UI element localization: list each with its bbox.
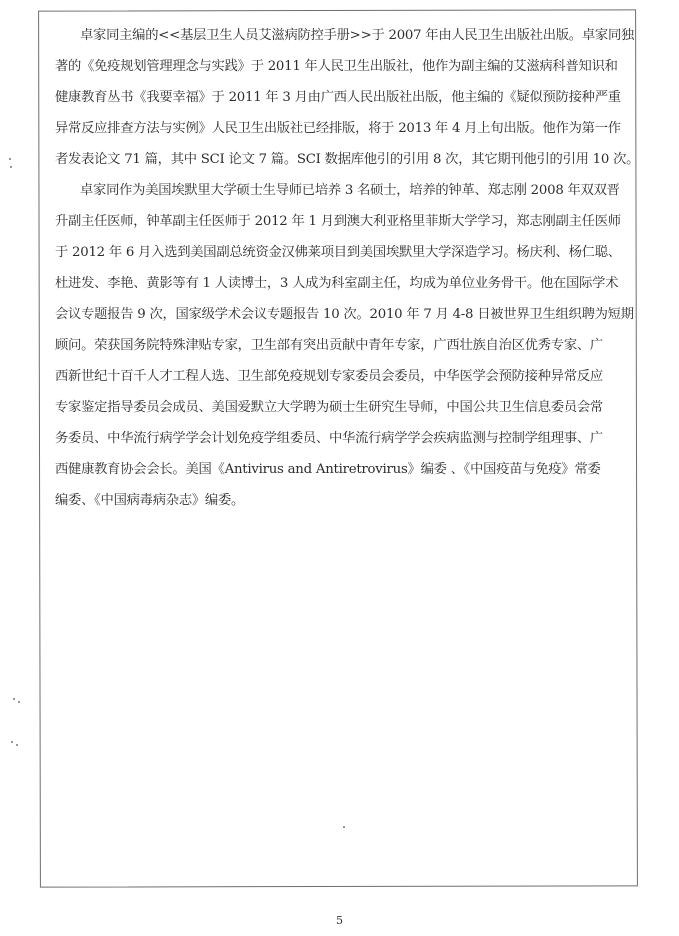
text-line: 编委、《中国病毒病杂志》编委。 <box>55 487 630 518</box>
text-line: 西新世纪十百千人才工程人选、卫生部免疫规划专家委员会委员，中华医学会预防接种异常… <box>55 363 630 394</box>
text-line: 著的《免疫规划管理理念与实践》于 2011 年人民卫生出版社，他作为副主编的艾滋… <box>55 53 630 84</box>
text-line: 会议专题报告 9 次，国家级学术会议专题报告 10 次。2010 年 7 月 4… <box>55 301 630 332</box>
page-number: 5 <box>0 914 679 927</box>
text-line: 专家鉴定指导委员会成员、美国爱默立大学聘为硕士生研究生导师，中国公共卫生信息委员… <box>55 394 630 425</box>
text-line: 异常反应排查方法与实例》人民卫生出版社已经排版，将于 2013 年 4 月上旬出… <box>55 115 630 146</box>
text-line: 顾问。荣获国务院特殊津贴专家，卫生部有突出贡献中青年专家，广西壮族自治区优秀专家… <box>55 332 630 363</box>
scan-speck <box>13 698 15 700</box>
text-line: 杜进发、李艳、黄影等有 1 人读博士，3 人成为科室副主任，均成为单位业务骨干。… <box>55 270 630 301</box>
text-line: 健康教育丛书《我要幸福》于 2011 年 3 月由广西人民出版社出版，他主编的《… <box>55 84 630 115</box>
text-line: 卓家同主编的<<基层卫生人员艾滋病防控手册>>于 2007 年由人民卫生出版社出… <box>55 22 630 53</box>
scan-speck <box>16 744 18 746</box>
text-line: 升副主任医师，钟革副主任医师于 2012 年 1 月到澳大利亚格里菲斯大学学习，… <box>55 208 630 239</box>
scan-speck <box>18 701 20 703</box>
paragraph-mentoring-honors: 卓家同作为美国埃默里大学硕士生导师已培养 3 名硕士，培养的钟革、郑志刚 200… <box>55 177 630 518</box>
text-line: 于 2012 年 6 月入选到美国副总统资金汉佛莱项目到美国埃默里大学深造学习。… <box>55 239 630 270</box>
scan-speck <box>10 166 12 168</box>
paragraph-publications: 卓家同主编的<<基层卫生人员艾滋病防控手册>>于 2007 年由人民卫生出版社出… <box>55 22 630 177</box>
text-line: 者发表论文 71 篇，其中 SCI 论文 7 篇。SCI 数据库他引的引用 8 … <box>55 146 630 177</box>
scan-speck <box>9 158 11 160</box>
text-line: 西健康教育协会会长。美国《Antivirus and Antiretroviru… <box>55 456 630 487</box>
scan-speck <box>11 741 13 743</box>
text-line: 务委员、中华流行病学学会计划免疫学组委员、中华流行病学学会疾病监测与控制学组理事… <box>55 425 630 456</box>
text-line: 卓家同作为美国埃默里大学硕士生导师已培养 3 名硕士，培养的钟革、郑志刚 200… <box>55 177 630 208</box>
document-body: 卓家同主编的<<基层卫生人员艾滋病防控手册>>于 2007 年由人民卫生出版社出… <box>55 22 630 518</box>
